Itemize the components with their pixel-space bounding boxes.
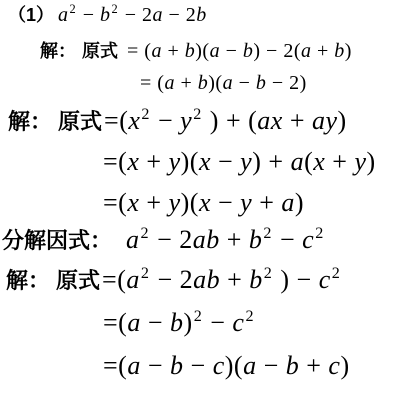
solution3-step2-line: =(a − b)2 − c2	[103, 307, 255, 340]
math-worksheet: （1） a2 − b2 − 2a − 2b 解： 原式 = (a + b)(a …	[0, 0, 420, 393]
solution3-step1: =(a2 − 2ab + b2 ) − c2	[102, 264, 341, 297]
solution3-step3: =(a − b − c)(a − b + c)	[103, 350, 350, 383]
solution1-step1: = (a + b)(a − b) − 2(a + b)	[127, 39, 352, 64]
solution2-step3-line: =(x + y)(x − y + a)	[103, 187, 304, 220]
solution2-subject: 原式	[58, 108, 102, 136]
problem3-expression: a2 − 2ab + b2 − c2	[126, 224, 325, 257]
solution2-label: 解：	[8, 108, 52, 136]
problem3-label: 分解因式：	[2, 227, 112, 255]
solution2-step1: =(x2 − y2 ) + (ax + ay)	[104, 105, 347, 138]
solution1-subject: 原式	[82, 40, 118, 63]
solution1-step2: = (a + b)(a − b − 2)	[140, 71, 307, 96]
solution3-label: 解：	[6, 267, 50, 295]
solution3-step3-line: =(a − b − c)(a − b + c)	[103, 350, 350, 383]
solution2-step3: =(x + y)(x − y + a)	[103, 187, 304, 220]
problem1-number: （1）	[8, 4, 54, 27]
solution1-step2-line: = (a + b)(a − b − 2)	[140, 71, 307, 96]
solution3-step2: =(a − b)2 − c2	[103, 307, 255, 340]
solution1-step1-line: 解： 原式 = (a + b)(a − b) − 2(a + b)	[40, 39, 352, 64]
solution2-step2: =(x + y)(x − y) + a(x + y)	[103, 146, 376, 179]
problem1-line: （1） a2 − b2 − 2a − 2b	[8, 3, 207, 28]
solution2-step2-line: =(x + y)(x − y) + a(x + y)	[103, 146, 376, 179]
solution1-label: 解：	[40, 40, 76, 63]
solution3-subject: 原式	[56, 267, 100, 295]
solution3-step1-line: 解： 原式 =(a2 − 2ab + b2 ) − c2	[6, 264, 341, 297]
problem3-line: 分解因式： a2 − 2ab + b2 − c2	[2, 224, 325, 257]
solution2-step1-line: 解： 原式 =(x2 − y2 ) + (ax + ay)	[8, 105, 347, 138]
problem1-expression: a2 − b2 − 2a − 2b	[58, 3, 207, 28]
